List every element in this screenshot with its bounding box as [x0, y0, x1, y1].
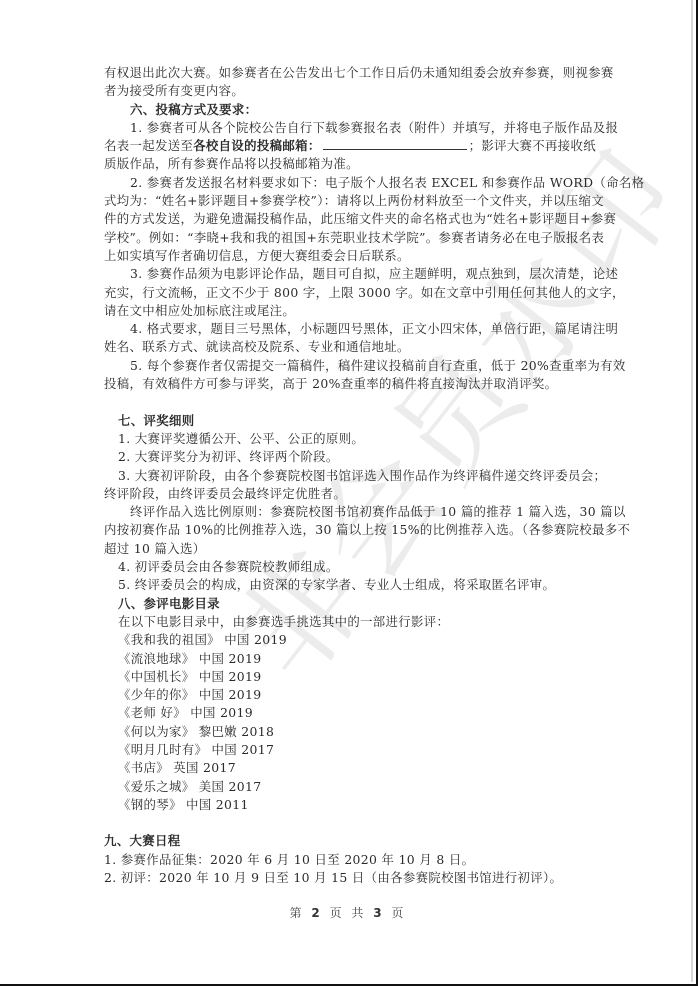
- film-country: 中国: [186, 797, 211, 812]
- film-country: 中国: [224, 632, 249, 647]
- paragraph-line: 2. 参赛者发送报名材料要求如下：电子版个人报名表 EXCEL 和参赛作品 WO…: [104, 174, 590, 192]
- film-title: 《老师 好》: [118, 705, 186, 720]
- paragraph-line: 请在文中相应处加标底注或尾注。: [104, 302, 590, 320]
- film-year: 2011: [216, 797, 249, 812]
- film-item: 《少年的你》 中国 2019: [104, 686, 590, 704]
- current-page-number: 2: [311, 906, 322, 920]
- paragraph-line: 上如实填写作者确切信息，方便大赛组委会日后联系。: [104, 247, 590, 265]
- film-year: 2019: [229, 651, 262, 666]
- section-9-heading: 九、大赛日程: [104, 832, 590, 850]
- film-title: 《爱乐之城》: [118, 779, 194, 794]
- paragraph-line: 超过 10 篇入选）: [104, 540, 590, 558]
- paragraph-line: 4. 格式要求，题目三号黑体，小标题四号黑体，正文小四宋体，单倍行距，篇尾请注明: [104, 320, 590, 338]
- paragraph-line: 2. 初评：2020 年 10 月 9 日至 10 月 15 日（由各参赛院校图…: [104, 869, 590, 887]
- paragraph-line: 投稿，有效稿件方可参与评奖，高于 20%查重率的稿件将直接淘汰并取消评奖。: [104, 375, 590, 393]
- spacer: [104, 393, 590, 411]
- footer-text: 页: [391, 906, 406, 920]
- film-year: 2018: [241, 724, 274, 739]
- film-title: 《少年的你》: [118, 687, 194, 702]
- page-edge-shadow: [691, 0, 693, 982]
- paragraph-line: 内按初赛作品 10%的比例推荐入选，30 篇以上按 15%的比例推荐入选。（各参…: [104, 521, 590, 539]
- email-blank-underline: [323, 137, 467, 150]
- paragraph-line: 5. 终评委员会的构成，由资深的专家学者、专业人士组成，将采取匿名评审。: [104, 576, 590, 594]
- paragraph-line: 姓名、联系方式、就读高校及院系、专业和通信地址。: [104, 338, 590, 356]
- film-item: 《书店》 英国 2017: [104, 759, 590, 777]
- paragraph-line: 4. 初评委员会由各参赛院校教师组成。: [104, 558, 590, 576]
- film-country: 中国: [199, 669, 224, 684]
- section-6-heading: 六、投稿方式及要求：: [104, 101, 590, 119]
- section-8-heading: 八、参评电影目录: [104, 595, 590, 613]
- paragraph-line: 1. 大赛评奖遵循公开、公平、公正的原则。: [104, 430, 590, 448]
- film-item: 《流浪地球》 中国 2019: [104, 650, 590, 668]
- film-year: 2017: [229, 779, 262, 794]
- film-item: 《老师 好》 中国 2019: [104, 704, 590, 722]
- document-page: 非会员水印 有权退出此次大赛。如参赛者在公告发出七个工作日后仍未通知组委会放弃参…: [0, 0, 696, 984]
- film-title: 《我和我的祖国》: [118, 632, 220, 647]
- text: 名表一起发送至: [104, 138, 193, 153]
- section-7-heading: 七、评奖细则: [104, 412, 590, 430]
- paragraph-line: 在以下电影目录中，由参赛选手挑选其中的一部进行影评：: [104, 613, 590, 631]
- paragraph-line: 5. 每个参赛作者仅需提交一篇稿件，稿件建议投稿前自行查重，低于 20%查重率为…: [104, 357, 590, 375]
- film-country: 中国: [199, 687, 224, 702]
- footer-text: 第: [290, 906, 305, 920]
- film-title: 《钢的琴》: [118, 797, 182, 812]
- paragraph-line: 终评阶段，由终评委员会最终评定优胜者。: [104, 485, 590, 503]
- text: ；影评大赛不再接收纸: [469, 138, 596, 153]
- film-country: 中国: [199, 651, 224, 666]
- film-country: 黎巴嫩: [199, 724, 237, 739]
- total-pages-number: 3: [373, 906, 384, 920]
- film-country: 中国: [190, 705, 215, 720]
- film-country: 美国: [199, 779, 224, 794]
- email-line: 名表一起发送至各校自设的投稿邮箱：；影评大赛不再接收纸: [104, 137, 590, 155]
- film-country: 中国: [211, 742, 236, 757]
- film-year: 2017: [241, 742, 274, 757]
- paragraph-line: 2. 大赛评奖分为初评、终评两个阶段。: [104, 448, 590, 466]
- film-year: 2019: [220, 705, 253, 720]
- paragraph-line: 式均为：“姓名+影评题目+参赛学校”）：请将以上两份材料放至一个文件夹，并以压缩…: [104, 192, 590, 210]
- paragraph-line: 1. 参赛者可从各个院校公告自行下载参赛报名表（附件）并填写，并将电子版作品及报: [104, 119, 590, 137]
- film-title: 《中国机长》: [118, 669, 194, 684]
- film-year: 2019: [229, 687, 262, 702]
- page-number-footer: 第 2 页 共 3 页: [0, 904, 696, 921]
- film-item: 《明月几时有》 中国 2017: [104, 741, 590, 759]
- paragraph-line: 终评作品入选比例原则：参赛院校图书馆初赛作品低于 10 篇的推荐 1 篇入选，3…: [104, 503, 590, 521]
- film-list: 《我和我的祖国》 中国 2019 《流浪地球》 中国 2019 《中国机长》 中…: [104, 631, 590, 814]
- footer-text: 页 共: [330, 906, 367, 920]
- paragraph-line: 质版作品，所有参赛作品将以投稿邮箱为准。: [104, 155, 590, 173]
- paragraph-line: 件的方式发送，为避免遗漏投稿作品，此压缩文件夹的命名格式也为“姓名+影评题目+参…: [104, 210, 590, 228]
- email-label: 各校自设的投稿邮箱：: [193, 138, 320, 153]
- paragraph-line: 3. 大赛初评阶段，由各个参赛院校图书馆评选入围作品作为终评稿件递交终评委员会；: [104, 467, 590, 485]
- spacer: [104, 814, 590, 832]
- paragraph-line: 者为接受所有变更内容。: [104, 82, 590, 100]
- film-item: 《我和我的祖国》 中国 2019: [104, 631, 590, 649]
- film-item: 《钢的琴》 中国 2011: [104, 796, 590, 814]
- film-item: 《爱乐之城》 美国 2017: [104, 778, 590, 796]
- document-body: 有权退出此次大赛。如参赛者在公告发出七个工作日后仍未通知组委会放弃参赛，则视参赛…: [104, 64, 590, 887]
- film-year: 2019: [254, 632, 287, 647]
- paragraph-line: 充实，行文流畅，正文不少于 800 字，上限 3000 字。如在文章中引用任何其…: [104, 284, 590, 302]
- paragraph-line: 学校”。例如：“李晓+我和我的祖国+东莞职业技术学院”。参赛者请务必在电子版报名…: [104, 229, 590, 247]
- film-title: 《明月几时有》: [118, 742, 207, 757]
- film-country: 英国: [173, 760, 198, 775]
- film-item: 《中国机长》 中国 2019: [104, 668, 590, 686]
- film-item: 《何以为家》 黎巴嫩 2018: [104, 723, 590, 741]
- film-year: 2019: [229, 669, 262, 684]
- film-title: 《书店》: [118, 760, 169, 775]
- film-title: 《流浪地球》: [118, 651, 194, 666]
- paragraph-line: 3. 参赛作品须为电影评论作品，题目可自拟，应主题鲜明，观点独到，层次清楚，论述: [104, 265, 590, 283]
- film-title: 《何以为家》: [118, 724, 194, 739]
- paragraph-line: 1. 参赛作品征集：2020 年 6 月 10 日至 2020 年 10 月 8…: [104, 851, 590, 869]
- paragraph-line: 有权退出此次大赛。如参赛者在公告发出七个工作日后仍未通知组委会放弃参赛，则视参赛: [104, 64, 590, 82]
- film-year: 2017: [203, 760, 236, 775]
